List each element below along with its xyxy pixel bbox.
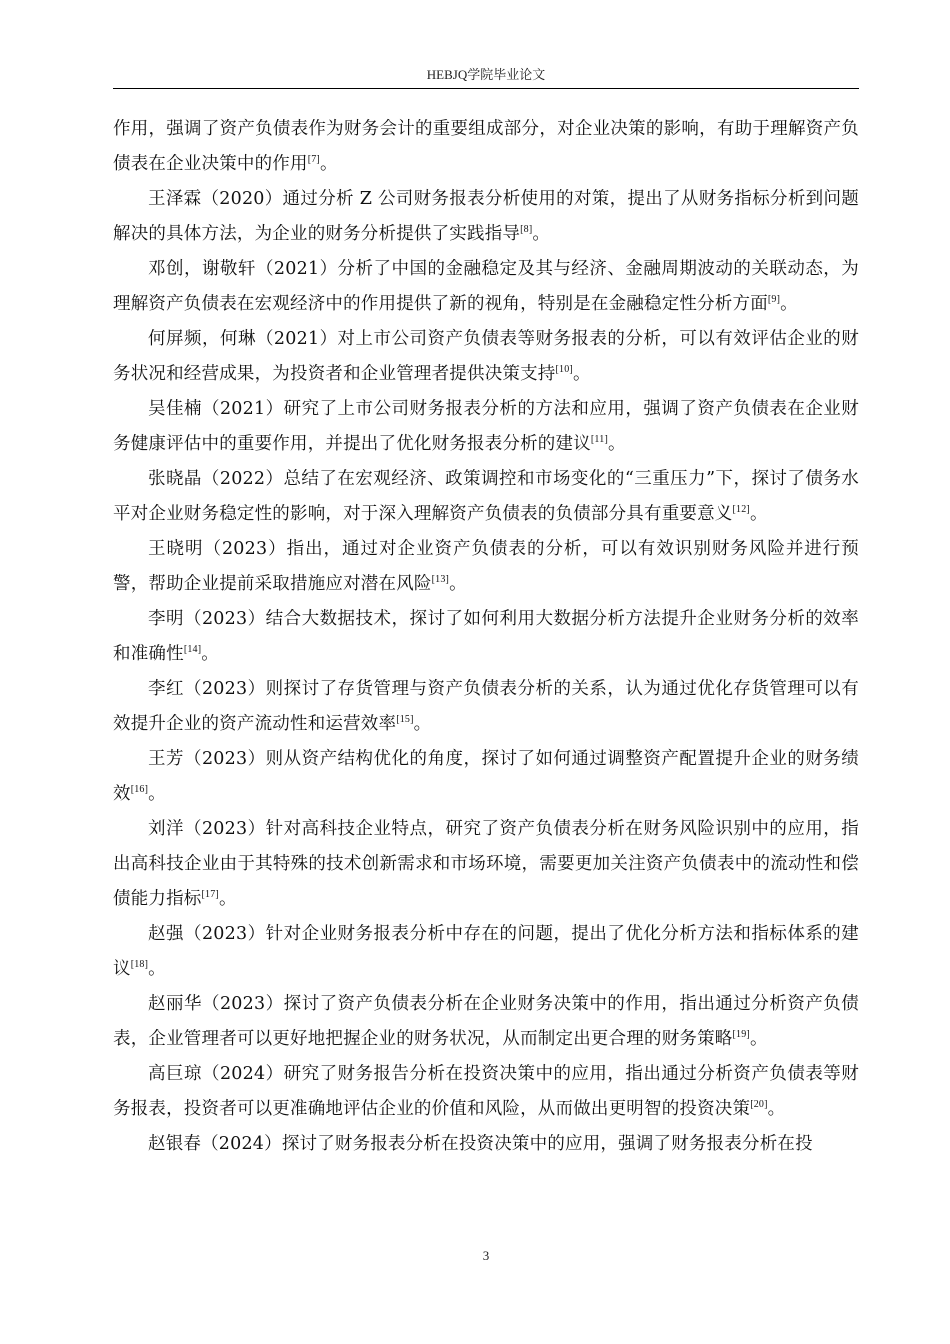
punctuation: 。 [573, 364, 591, 384]
citation: [18] [131, 959, 148, 970]
paragraph-text: 作用，强调了资产负债表作为财务会计的重要组成部分，对企业决策的影响，有助于理解资… [113, 119, 859, 174]
citation: [19] [733, 1029, 750, 1040]
paragraph-text: 李红（2023）则探讨了存货管理与资产负债表分析的关系，认为通过优化存货管理可以… [113, 679, 859, 734]
paragraph-text: 赵丽华（2023）探讨了资产负债表分析在企业财务决策中的作用，指出通过分析资产负… [113, 994, 859, 1049]
paragraph: 王芳（2023）则从资产结构优化的角度，探讨了如何通过调整资产配置提升企业的财务… [113, 742, 859, 812]
paragraph: 李红（2023）则探讨了存货管理与资产负债表分析的关系，认为通过优化存货管理可以… [113, 672, 859, 742]
citation: [11] [591, 434, 608, 445]
paragraph: 赵丽华（2023）探讨了资产负债表分析在企业财务决策中的作用，指出通过分析资产负… [113, 987, 859, 1057]
paragraph-text: 邓创，谢敬轩（2021）分析了中国的金融稳定及其与经济、金融周期波动的关联动态，… [113, 259, 859, 314]
punctuation: 。 [148, 959, 166, 979]
paragraph: 高巨琼（2024）研究了财务报告分析在投资决策中的应用，指出通过分析资产负债表等… [113, 1057, 859, 1127]
citation: [9] [768, 294, 780, 305]
punctuation: 。 [608, 434, 626, 454]
punctuation: 。 [768, 1099, 786, 1119]
punctuation: 。 [750, 504, 768, 524]
citation: [10] [556, 364, 573, 375]
paragraph: 何屏频，何琳（2021）对上市公司资产负债表等财务报表的分析，可以有效评估企业的… [113, 322, 859, 392]
punctuation: 。 [750, 1029, 768, 1049]
citation: [13] [432, 574, 449, 585]
header-divider [113, 88, 859, 89]
punctuation: 。 [320, 154, 338, 174]
punctuation: 。 [449, 574, 467, 594]
running-header: HEBJQ学院毕业论文 [113, 66, 859, 84]
paragraph-text: 高巨琼（2024）研究了财务报告分析在投资决策中的应用，指出通过分析资产负债表等… [113, 1064, 859, 1119]
paragraph: 赵强（2023）针对企业财务报表分析中存在的问题，提出了优化分析方法和指标体系的… [113, 917, 859, 987]
paragraph: 吴佳楠（2021）研究了上市公司财务报表分析的方法和应用，强调了资产负债表在企业… [113, 392, 859, 462]
paragraph-text: 王芳（2023）则从资产结构优化的角度，探讨了如何通过调整资产配置提升企业的财务… [113, 749, 859, 804]
punctuation: 。 [201, 644, 219, 664]
page-number: 3 [0, 1248, 950, 1264]
citation: [12] [733, 504, 750, 515]
paragraph-text: 吴佳楠（2021）研究了上市公司财务报表分析的方法和应用，强调了资产负债表在企业… [113, 399, 859, 454]
punctuation: 。 [532, 224, 550, 244]
punctuation: 。 [148, 784, 166, 804]
paragraph-text: 王晓明（2023）指出，通过对企业资产负债表的分析，可以有效识别财务风险并进行预… [113, 539, 859, 594]
paragraph: 王泽霖（2020）通过分析 Z 公司财务报表分析使用的对策，提出了从财务指标分析… [113, 182, 859, 252]
citation: [17] [202, 889, 219, 900]
paragraph: 刘洋（2023）针对高科技企业特点，研究了资产负债表分析在财务风险识别中的应用，… [113, 812, 859, 917]
citation: [15] [396, 714, 413, 725]
paragraph: 邓创，谢敬轩（2021）分析了中国的金融稳定及其与经济、金融周期波动的关联动态，… [113, 252, 859, 322]
punctuation: 。 [414, 714, 432, 734]
paragraph: 张晓晶（2022）总结了在宏观经济、政策调控和市场变化的“三重压力”下，探讨了债… [113, 462, 859, 532]
paragraph: 赵银春（2024）探讨了财务报表分析在投资决策中的应用，强调了财务报表分析在投 [113, 1127, 859, 1162]
citation: [8] [520, 224, 532, 235]
paragraph: 李明（2023）结合大数据技术，探讨了如何利用大数据分析方法提升企业财务分析的效… [113, 602, 859, 672]
paragraph-text: 李明（2023）结合大数据技术，探讨了如何利用大数据分析方法提升企业财务分析的效… [113, 609, 859, 664]
punctuation: 。 [780, 294, 798, 314]
citation: [14] [184, 644, 201, 655]
paragraph-text: 张晓晶（2022）总结了在宏观经济、政策调控和市场变化的“三重压力”下，探讨了债… [113, 469, 859, 524]
paragraph: 王晓明（2023）指出，通过对企业资产负债表的分析，可以有效识别财务风险并进行预… [113, 532, 859, 602]
body-text: 作用，强调了资产负债表作为财务会计的重要组成部分，对企业决策的影响，有助于理解资… [113, 112, 859, 1162]
paragraph-text: 赵银春（2024）探讨了财务报表分析在投资决策中的应用，强调了财务报表分析在投 [148, 1134, 813, 1154]
citation: [16] [131, 784, 148, 795]
paragraph-text: 赵强（2023）针对企业财务报表分析中存在的问题，提出了优化分析方法和指标体系的… [113, 924, 859, 979]
paragraph: 作用，强调了资产负债表作为财务会计的重要组成部分，对企业决策的影响，有助于理解资… [113, 112, 859, 182]
punctuation: 。 [219, 889, 237, 909]
paragraph-text: 王泽霖（2020）通过分析 Z 公司财务报表分析使用的对策，提出了从财务指标分析… [113, 189, 859, 244]
citation: [7] [308, 154, 320, 165]
paragraph-text: 何屏频，何琳（2021）对上市公司资产负债表等财务报表的分析，可以有效评估企业的… [113, 329, 859, 384]
citation: [20] [750, 1099, 767, 1110]
